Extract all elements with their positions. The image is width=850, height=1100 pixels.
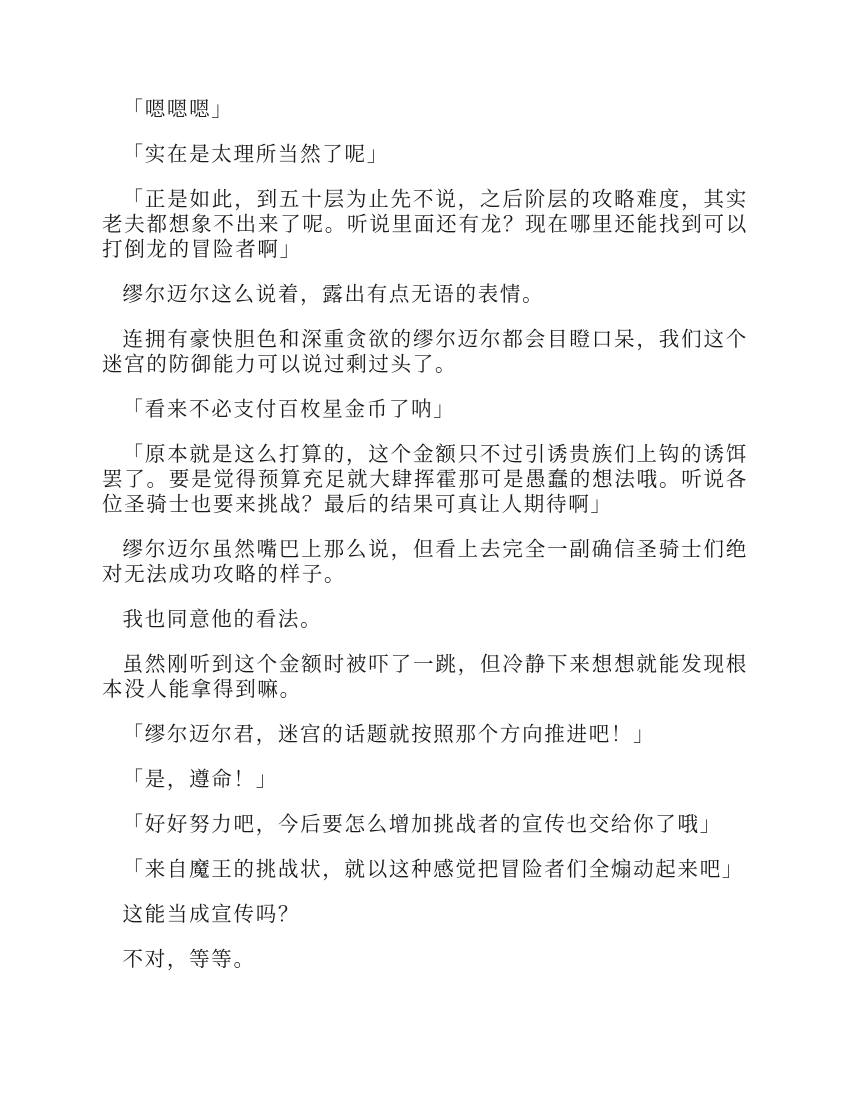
narration-paragraph: 我也同意他的看法。 — [102, 607, 748, 632]
dialogue-paragraph: 「缪尔迈尔君，迷宫的话题就按照那个方向推进吧！」 — [102, 722, 748, 747]
document-page: 「嗯嗯嗯」 「实在是太理所当然了呢」 「正是如此，到五十层为止先不说，之后阶层的… — [102, 97, 748, 992]
narration-paragraph: 连拥有豪快胆色和深重贪欲的缪尔迈尔都会目瞪口呆，我们这个迷宫的防御能力可以说过剩… — [102, 327, 748, 377]
narration-paragraph: 不对，等等。 — [102, 947, 748, 972]
dialogue-paragraph: 「看来不必支付百枚星金币了呐」 — [102, 397, 748, 422]
narration-paragraph: 虽然刚听到这个金额时被吓了一跳，但冷静下来想想就能发现根本没人能拿得到嘛。 — [102, 652, 748, 702]
narration-paragraph: 这能当成宣传吗？ — [102, 902, 748, 927]
dialogue-paragraph: 「正是如此，到五十层为止先不说，之后阶层的攻略难度，其实老夫都想象不出来了呢。听… — [102, 187, 748, 262]
dialogue-paragraph: 「好好努力吧，今后要怎么增加挑战者的宣传也交给你了哦」 — [102, 812, 748, 837]
dialogue-paragraph: 「是，遵命！」 — [102, 767, 748, 792]
narration-paragraph: 缪尔迈尔虽然嘴巴上那么说，但看上去完全一副确信圣骑士们绝对无法成功攻略的样子。 — [102, 537, 748, 587]
dialogue-paragraph: 「来自魔王的挑战状，就以这种感觉把冒险者们全煽动起来吧」 — [102, 857, 748, 882]
narration-paragraph: 缪尔迈尔这么说着，露出有点无语的表情。 — [102, 282, 748, 307]
dialogue-paragraph: 「嗯嗯嗯」 — [102, 97, 748, 122]
dialogue-paragraph: 「原本就是这么打算的，这个金额只不过引诱贵族们上钩的诱饵罢了。要是觉得预算充足就… — [102, 442, 748, 517]
dialogue-paragraph: 「实在是太理所当然了呢」 — [102, 142, 748, 167]
